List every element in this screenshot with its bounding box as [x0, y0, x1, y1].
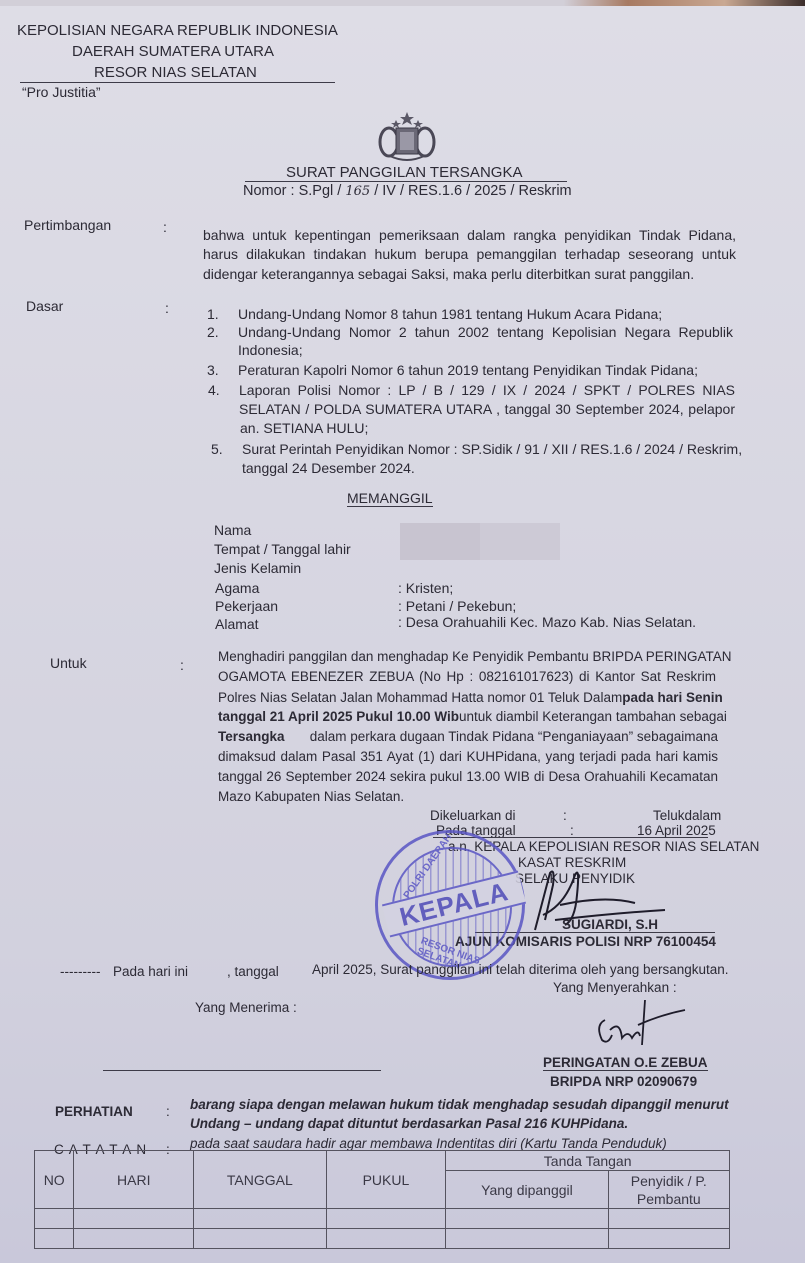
signer-name: SUGIARDI, S.H — [562, 917, 658, 932]
dasar-num-2: 2. — [207, 324, 219, 340]
redacted-ttl — [480, 523, 560, 560]
dasar-label: Dasar — [26, 298, 63, 314]
field-label-jenis-kelamin: Jenis Kelamin — [214, 560, 301, 576]
field-value-agama: : Kristen; — [398, 580, 453, 596]
giver-rank: BRIPDA NRP 02090679 — [550, 1074, 697, 1089]
untuk-label: Untuk — [50, 655, 87, 671]
untuk-line-4: tanggal 21 April 2025 Pukul 10.00 Wib un… — [218, 709, 718, 724]
receipt-text-1: Pada hari ini — [113, 964, 188, 979]
giver-name: PERINGATAN O.E ZEBUA — [543, 1055, 708, 1071]
dasar-num-5: 5. — [211, 441, 223, 457]
official-stamp: KEPALA POLRI DAERAH RESOR NIAS SELATAN — [375, 830, 525, 980]
dasar-item-4-line-1: Laporan Polisi Nomor : LP / B / 129 / IX… — [239, 382, 735, 398]
field-label-ttl: Tempat / Tanggal lahir — [214, 541, 351, 557]
header-underline — [20, 82, 335, 83]
receiver-signature-line — [103, 1070, 381, 1071]
table-cell — [446, 1229, 608, 1249]
dasar-item-1: Undang-Undang Nomor 8 tahun 1981 tentang… — [238, 306, 662, 322]
document-title: SURAT PANGGILAN TERSANGKA — [286, 164, 522, 181]
dasar-item-4-line-2: SELATAN / POLDA SUMATERA UTARA , tanggal… — [239, 401, 735, 417]
table-cell — [194, 1209, 326, 1229]
pertimbangan-line-1: bahwa untuk kepentingan pemeriksaan dala… — [203, 227, 736, 243]
catatan-text: pada saat saudara hadir agar membawa Ind… — [190, 1136, 667, 1151]
receipt-dashes: --------- — [60, 964, 100, 979]
field-value-alamat: : Desa Orahuahili Kec. Mazo Kab. Nias Se… — [398, 614, 696, 630]
attendance-table: NO HARI TANGGAL PUKUL Tanda Tangan Yang … — [34, 1150, 730, 1249]
table-cell — [35, 1209, 74, 1229]
untuk-line-3-text: Polres Nias Selatan Jalan Mohammad Hatta… — [218, 690, 622, 705]
untuk-line-5-text: dalam perkara dugaan Tindak Pidana “Peng… — [310, 729, 718, 744]
document-number: Nomor : S.Pgl / 165 / IV / RES.1.6 / 202… — [243, 183, 572, 199]
col-yang-dipanggil: Yang dipanggil — [446, 1171, 608, 1209]
dasar-item-5-line-2: tanggal 24 Desember 2024. — [242, 460, 415, 476]
dasar-num-1: 1. — [207, 306, 219, 322]
signature-giver-icon — [590, 1000, 690, 1050]
police-emblem-icon — [372, 110, 442, 162]
pro-justitia: “Pro Justitia” — [22, 84, 101, 100]
untuk-line-7: tanggal 26 September 2024 sekira pukul 1… — [218, 769, 718, 784]
table-cell — [608, 1229, 729, 1249]
dasar-item-5-line-1: Surat Perintah Penyidikan Nomor : SP.Sid… — [242, 441, 742, 457]
untuk-line-6: dimaksud dalam Pasal 351 Ayat (1) dari K… — [218, 749, 718, 764]
dasar-num-4: 4. — [208, 382, 220, 398]
number-suffix: / IV / RES.1.6 / 2025 / Reskrim — [370, 183, 571, 199]
col-pukul: PUKUL — [326, 1151, 446, 1209]
dasar-item-2-line-1: Undang-Undang Nomor 2 tahun 2002 tentang… — [238, 324, 733, 340]
perhatian-label: PERHATIAN — [55, 1104, 133, 1119]
col-tanggal: TANGGAL — [194, 1151, 326, 1209]
pertimbangan-line-3: didengar keterangannya sebagai Saksi, ma… — [203, 266, 694, 282]
table-cell — [326, 1229, 446, 1249]
untuk-line-4-text: untuk diambil Keterangan tambahan sebaga… — [459, 709, 727, 724]
table-cell — [194, 1229, 326, 1249]
issued-date-colon: : — [570, 823, 574, 838]
untuk-tersangka-bold: Tersangka — [218, 729, 285, 744]
issued-place-value: Telukdalam — [653, 808, 721, 823]
giver-label: Yang Menyerahkan : — [553, 980, 677, 995]
perhatian-line-1: barang siapa dengan melawan hukum tidak … — [190, 1097, 729, 1112]
receipt-text-3: April 2025, Surat panggilan ini telah di… — [312, 962, 729, 977]
header-region: DAERAH SUMATERA UTARA — [72, 43, 274, 60]
pertimbangan-line-2: harus dilakukan tindakan hukum berupa pe… — [203, 246, 736, 262]
pertimbangan-label: Pertimbangan — [24, 217, 111, 233]
redacted-nama — [400, 523, 480, 560]
table-row — [35, 1209, 730, 1229]
memanggil-heading: MEMANGGIL — [347, 490, 433, 507]
col-penyidik: Penyidik / P. Pembantu — [608, 1171, 729, 1209]
issued-place-colon: : — [563, 808, 567, 823]
table-cell — [74, 1209, 194, 1229]
table-cell — [35, 1229, 74, 1249]
table-cell — [446, 1209, 608, 1229]
number-handwritten: 165 — [345, 184, 370, 199]
field-value-pekerjaan: : Petani / Pekebun; — [398, 598, 516, 614]
dasar-item-4-line-3: an. SETIANA HULU; — [240, 420, 368, 436]
pertimbangan-colon: : — [163, 219, 167, 235]
col-no: NO — [35, 1151, 74, 1209]
receiver-label: Yang Menerima : — [195, 1000, 297, 1015]
receipt-text-2: , tanggal — [227, 964, 279, 979]
field-label-agama: Agama — [215, 580, 259, 596]
field-label-pekerjaan: Pekerjaan — [215, 598, 278, 614]
untuk-date-bold: tanggal 21 April 2025 Pukul 10.00 Wib — [218, 709, 459, 724]
untuk-line-3: Polres Nias Selatan Jalan Mohammad Hatta… — [218, 690, 718, 705]
dasar-num-3: 3. — [207, 362, 219, 378]
field-label-alamat: Alamat — [215, 616, 259, 632]
perhatian-colon: : — [166, 1104, 170, 1119]
dasar-item-3: Peraturan Kapolri Nomor 6 tahun 2019 ten… — [238, 362, 698, 378]
untuk-line-5: Tersangka dalam perkara dugaan Tindak Pi… — [218, 729, 718, 744]
untuk-line-3-bold: pada hari Senin — [622, 690, 723, 705]
untuk-colon: : — [180, 657, 184, 673]
number-prefix: Nomor : S.Pgl / — [243, 183, 345, 199]
table-cell — [326, 1209, 446, 1229]
untuk-line-8: Mazo Kabupaten Nias Selatan. — [218, 789, 404, 804]
field-label-nama: Nama — [214, 522, 251, 538]
col-hari: HARI — [74, 1151, 194, 1209]
table-row — [35, 1229, 730, 1249]
col-tanda-tangan: Tanda Tangan — [446, 1151, 730, 1171]
dasar-item-2-line-2: Indonesia; — [238, 342, 303, 358]
header-resor: RESOR NIAS SELATAN — [94, 64, 257, 81]
table-cell — [74, 1229, 194, 1249]
dasar-colon: : — [165, 300, 169, 316]
table-cell — [608, 1209, 729, 1229]
title-underline — [245, 181, 567, 182]
header-institution: KEPOLISIAN NEGARA REPUBLIK INDONESIA — [17, 22, 338, 39]
untuk-line-2: OGAMOTA EBENEZER ZEBUA (No Hp : 08216101… — [218, 669, 716, 684]
untuk-line-1: Menghadiri panggilan dan menghadap Ke Pe… — [218, 649, 716, 664]
perhatian-line-2: Undang – undang dapat dituntut berdasark… — [190, 1116, 628, 1131]
issued-date-value: 16 April 2025 — [637, 823, 716, 838]
issued-place-label: Dikeluarkan di — [430, 808, 516, 823]
